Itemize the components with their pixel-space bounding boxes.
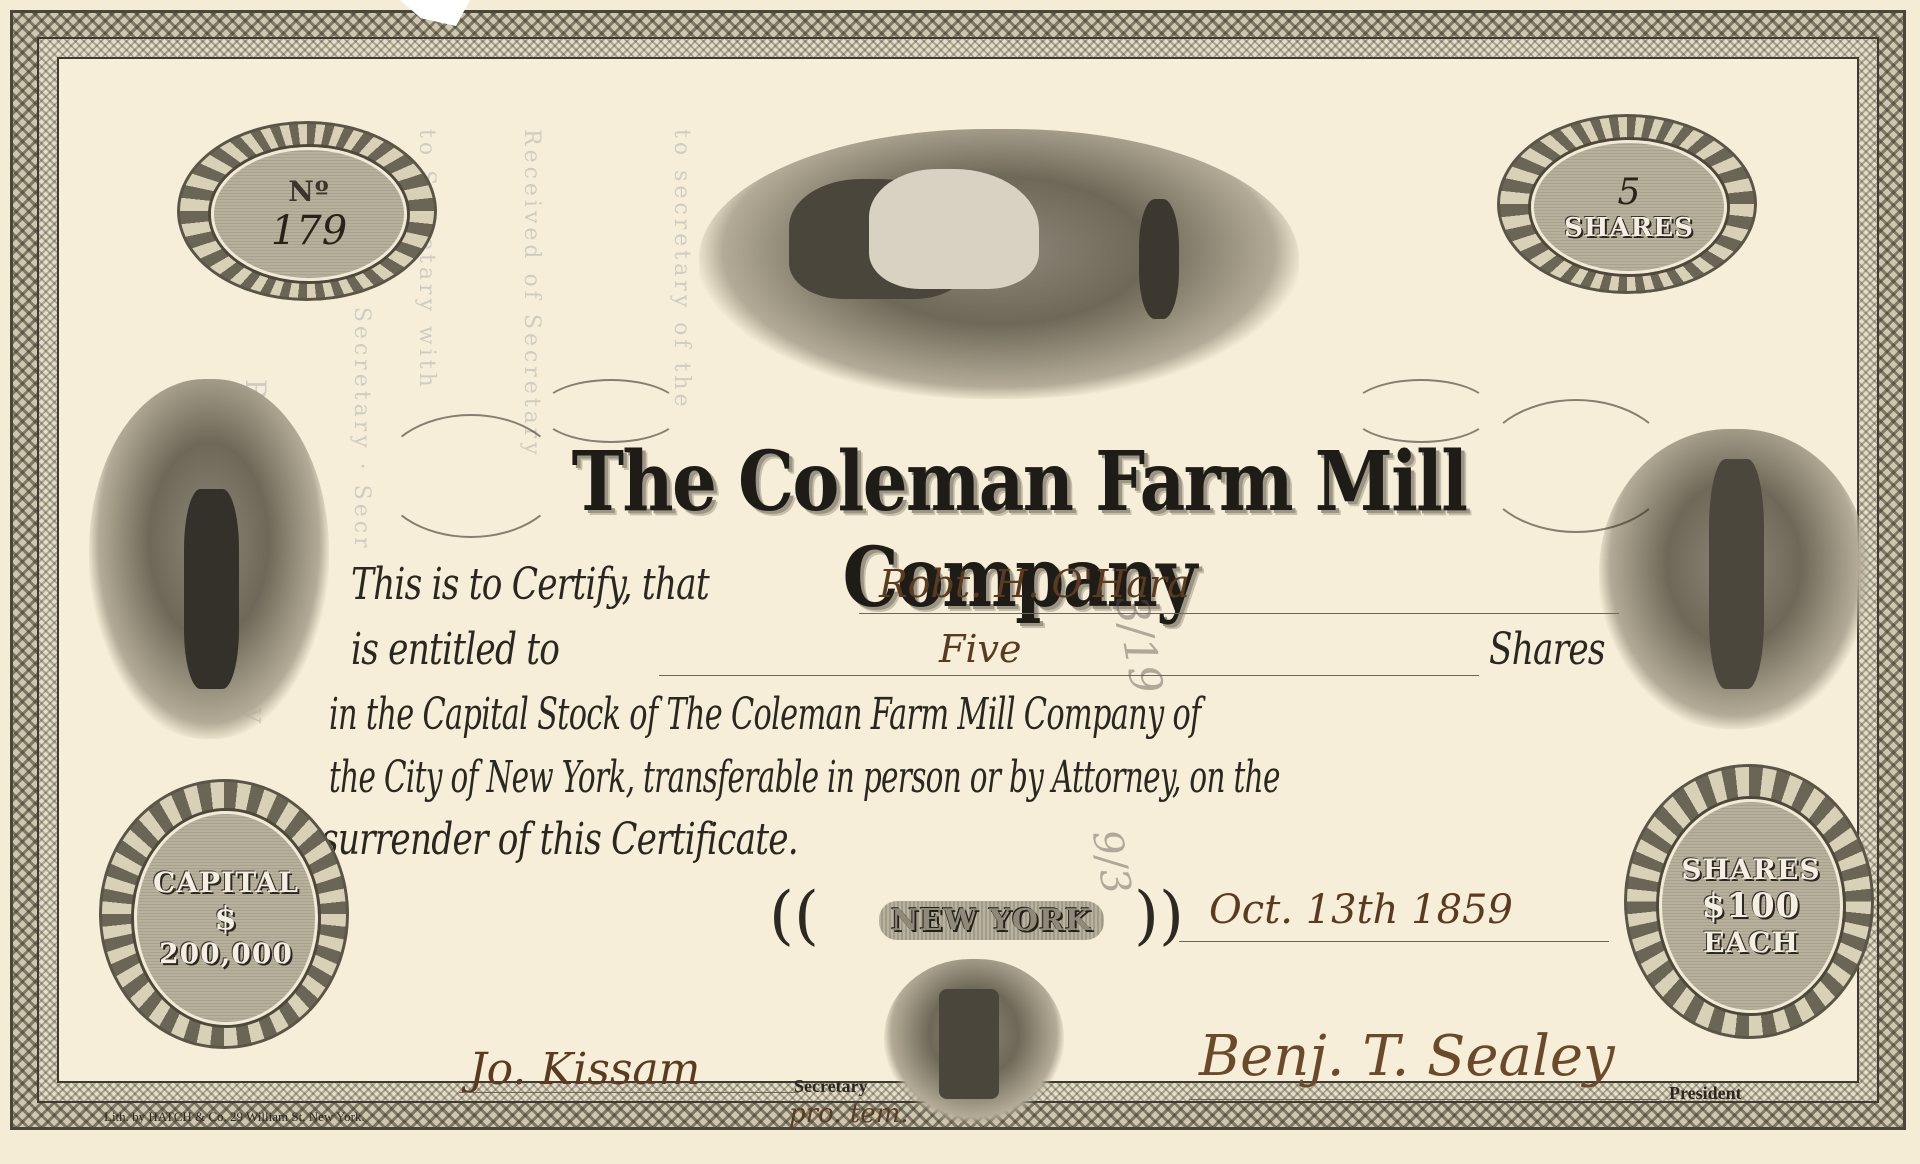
stock-certificate: Secretary · Secretary · Secr to Secretar… bbox=[0, 0, 1920, 1164]
date-line bbox=[1179, 941, 1609, 942]
mill-figure bbox=[939, 989, 999, 1099]
body-line-3: in the Capital Stock of The Coleman Farm… bbox=[329, 689, 1201, 740]
par-each-label: EACH bbox=[1703, 926, 1799, 959]
plowing-horses-vignette bbox=[699, 129, 1299, 399]
holder-name-line bbox=[859, 613, 1619, 614]
farmer-figure bbox=[1139, 199, 1179, 319]
president-label: President bbox=[1669, 1083, 1742, 1104]
president-signature-line bbox=[1189, 1099, 1659, 1100]
secretary-signature-line bbox=[459, 1092, 799, 1093]
shares-count: 5 bbox=[1618, 172, 1641, 213]
shares-line bbox=[659, 675, 1479, 676]
mill-machine-vignette bbox=[884, 959, 1064, 1124]
par-shares-label: SHARES bbox=[1681, 853, 1820, 886]
location-badge: NEW YORK bbox=[804, 894, 1179, 946]
horse-figure bbox=[869, 169, 1039, 289]
par-value-badge: SHARES $100 EACH bbox=[1659, 799, 1843, 1013]
body-line-4: the City of New York, transferable in pe… bbox=[329, 752, 1280, 803]
body-line-5: surrender of this Certificate. bbox=[321, 814, 798, 865]
number-badge: Nº 179 bbox=[211, 147, 407, 281]
shares-written: Five bbox=[939, 627, 1021, 671]
entitled-prefix: is entitled to bbox=[351, 624, 559, 675]
shares-suffix: Shares bbox=[1489, 624, 1605, 675]
right-paren-ornament: )) bbox=[1134, 879, 1184, 953]
capital-amount: 200,000 bbox=[159, 937, 293, 970]
title-flourish bbox=[379, 414, 563, 538]
worker-figure bbox=[1709, 459, 1764, 689]
secretary-label: Secretary bbox=[794, 1076, 868, 1097]
shares-label: SHARES bbox=[1564, 213, 1694, 243]
inner-lathe-border: Secretary · Secretary · Secr to Secretar… bbox=[37, 37, 1879, 1103]
outer-lathe-border: Secretary · Secretary · Secr to Secretar… bbox=[10, 10, 1906, 1130]
certify-prefix: This is to Certify, that bbox=[351, 559, 709, 610]
shares-badge: 5 SHARES bbox=[1531, 140, 1727, 274]
harvester-figure bbox=[184, 489, 239, 689]
lithographer-credit: Lith. by HATCH & Co. 29 William St. New … bbox=[104, 1109, 365, 1125]
capital-label: CAPITAL bbox=[153, 866, 299, 899]
capital-currency: $ bbox=[214, 899, 237, 937]
capital-badge: CAPITAL $ 200,000 bbox=[134, 811, 318, 1025]
title-flourish bbox=[1479, 399, 1673, 533]
president-signature: Benj. T. Sealey bbox=[1199, 1024, 1615, 1089]
certificate-field: Secretary · Secretary · Secr to Secretar… bbox=[57, 57, 1859, 1083]
issue-date: Oct. 13th 1859 bbox=[1209, 887, 1513, 933]
location-label: NEW YORK bbox=[879, 901, 1104, 940]
corn-harvester-vignette bbox=[89, 379, 329, 739]
number-label: Nº bbox=[288, 175, 330, 208]
pencil-notation: 9/3 bbox=[1083, 826, 1139, 897]
par-value-amount: $100 bbox=[1702, 886, 1801, 926]
number-value: 179 bbox=[271, 208, 347, 254]
secretary-pro-tem-note: pro. tem. bbox=[789, 1099, 909, 1129]
secretary-signature: Jo. Kissam bbox=[469, 1044, 700, 1095]
